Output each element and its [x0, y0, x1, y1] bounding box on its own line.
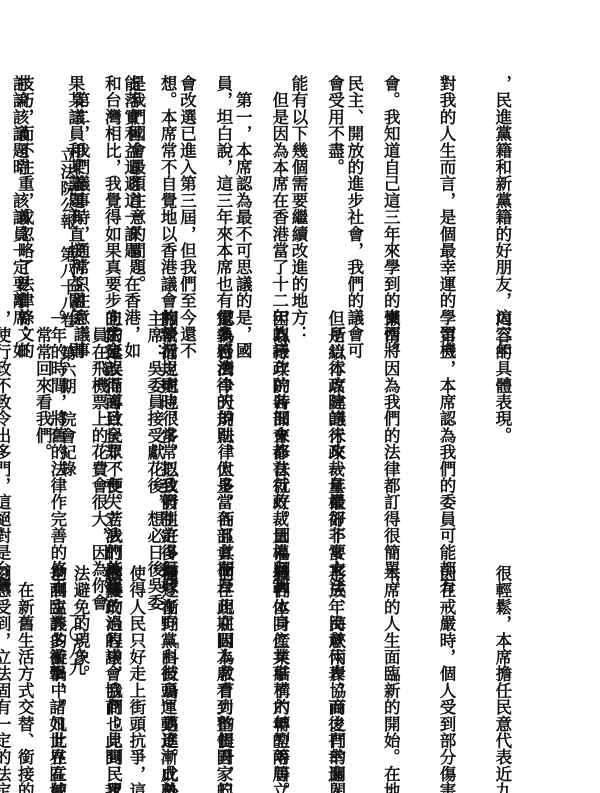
text-line: 能有以下幾個需要繼續改進的地方： [288, 75, 307, 290]
text-line: 內容的具體表現。 [492, 310, 511, 510]
publication-title: 立法院公報 [58, 147, 77, 230]
text-line: 我們本身產業結構的轉型等等。無論如 [270, 565, 289, 755]
text-line: 第一，本席認為最不可思議的是，國 [233, 75, 252, 290]
text-line: 使得人民只好走上街頭抗爭，這是個無 [126, 565, 145, 755]
page-number: 一〇八九 [63, 608, 88, 676]
text-line: 何，現在因為教育力的提升，已使得台 [215, 565, 234, 755]
text-line: ，以一年的時間來修法就好。因為個人 [270, 310, 289, 510]
text-line: 所以本席建議未來一年最好不要立法 [326, 310, 345, 510]
text-line: 員在飛機票上的花費會很大，因為你會 [88, 310, 107, 510]
text-line: 因在戒嚴時，個人受到部分傷害，才使 [436, 565, 455, 755]
text-line: 本席的人生面臨新的開始。在地方擔任 [381, 565, 400, 755]
text-line: 很輕鬆，本席擔任民意代表近九年，起 [492, 565, 511, 755]
text-block-bottom-left: 使得人民只好走上街頭抗爭，這是個無 法避免的現象。 在新舊生活方式交替、銜接的過… [0, 565, 182, 755]
text-line: 技巧，而不注重，或忽略了法律條文的 [15, 75, 34, 290]
text-line: 是我們國會最須注意的問題。 [126, 75, 145, 290]
text-block-mid-left: 主席：吳委員接受獻花後，想必日後吳委 員在飛機票上的花費會很大，因為你會 常常回… [0, 310, 200, 510]
text-line: 在新舊生活方式交替、銜接的過程中 [15, 565, 34, 755]
text-line: 懶惰，因為我們的法律都訂得很簡單， [381, 310, 400, 510]
text-line: 民主、開放的進步社會，我們的議會可 [344, 75, 363, 290]
text-line: 主席：吳委員接受獻花後，想必日後吳委 [144, 310, 163, 510]
text-line: 認為台灣今天的法律太多，而且其間互 [215, 310, 234, 510]
text-line: ，民進黨籍和新黨籍的好朋友，這三年 [492, 75, 511, 290]
text-line: 對我的人生而言，是個最幸運的學習機 [436, 75, 455, 290]
text-line: 常常回來看我們。 [33, 310, 52, 510]
text-line: 形成、海峽兩岸協商之門的關閉、以及 [326, 565, 345, 755]
text-line: 第三，本席認為我們的委員可能都有 [436, 310, 455, 510]
